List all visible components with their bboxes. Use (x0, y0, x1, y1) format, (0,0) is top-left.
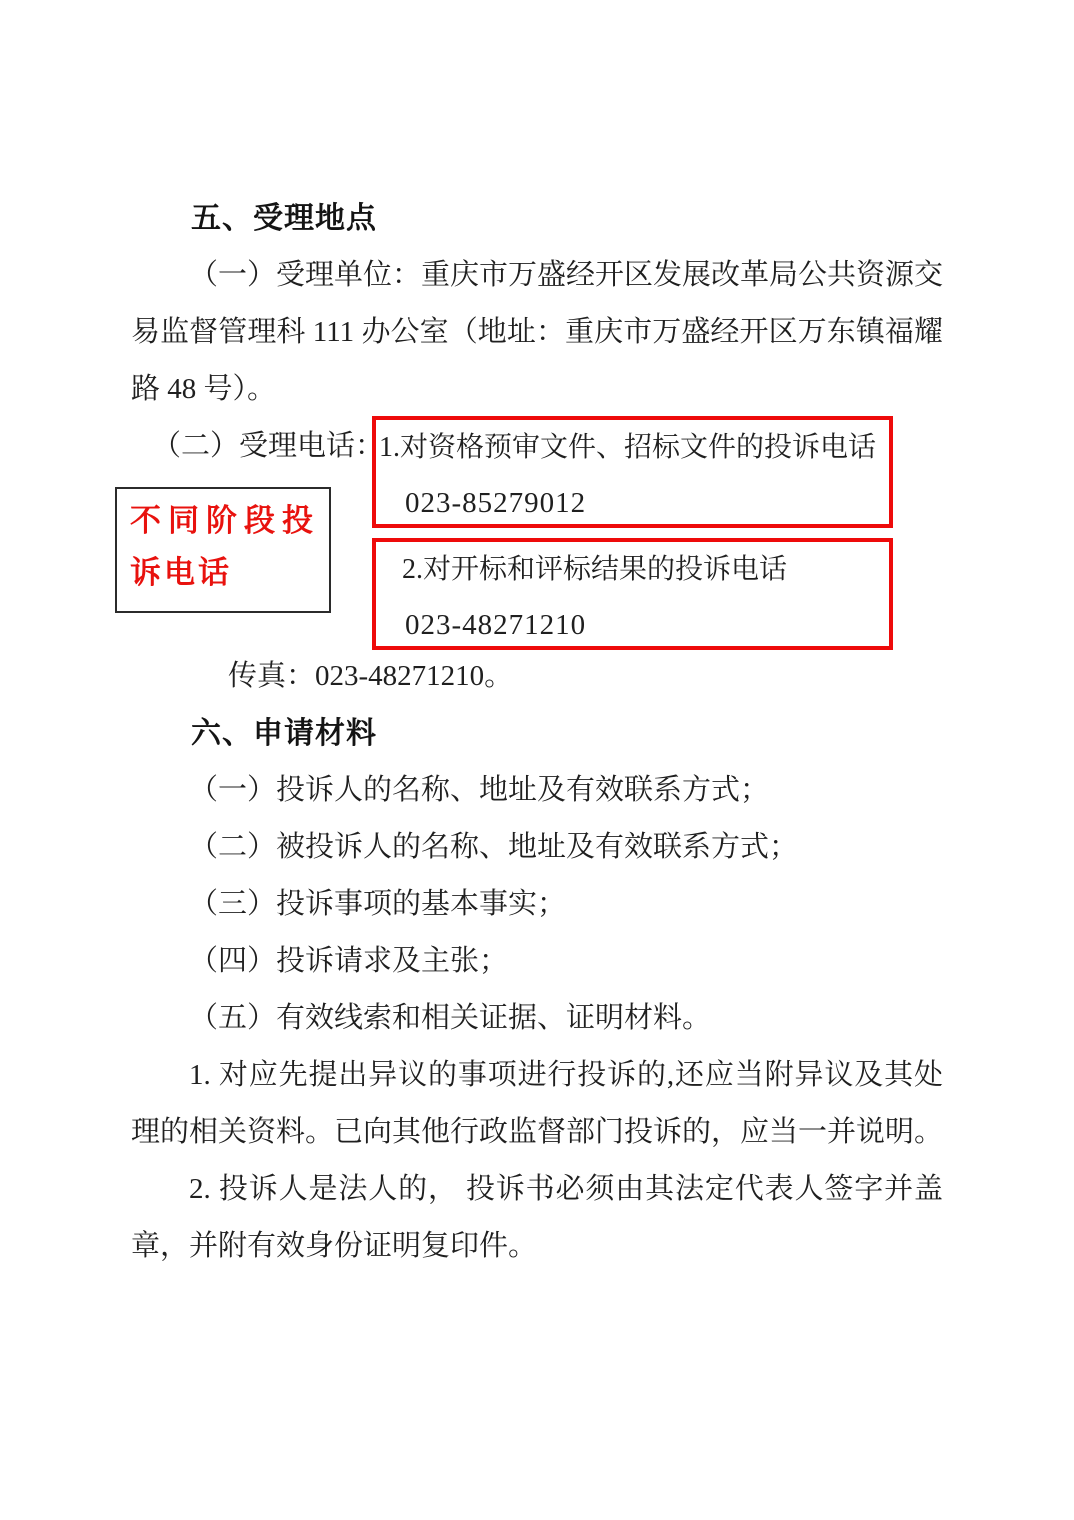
phone-box-1-number: 023-85279012 (376, 483, 889, 523)
document-page: 五、受理地点 （一）受理单位：重庆市万盛经开区发展改革局公共资源交 易监督管理科… (0, 0, 1074, 1520)
fax-line: 传真：023-48271210。 (131, 648, 943, 705)
phone-box-2-title: 2.对开标和评标结果的投诉电话 (376, 542, 889, 590)
callout-line-1: 不同阶段投 (130, 495, 316, 547)
unit-paragraph-line-3: 路 48 号）。 (131, 361, 943, 418)
note-1-line-1: 1. 对应先提出异议的事项进行投诉的,还应当附异议及其处 (131, 1047, 943, 1104)
unit-paragraph-line-2: 易监督管理科 111 办公室（地址：重庆市万盛经开区万东镇福耀 (131, 304, 943, 361)
material-item-2: （二）被投诉人的名称、地址及有效联系方式； (131, 819, 943, 876)
phone-box-1-title: 1.对资格预审文件、招标文件的投诉电话 (376, 420, 889, 468)
phone-box-2-number: 023-48271210 (376, 605, 889, 645)
section-6-heading: 六、申请材料 (131, 705, 943, 762)
phone-box-2: 2.对开标和评标结果的投诉电话 023-48271210 (372, 538, 893, 650)
phone-label: （二）受理电话： (152, 418, 384, 475)
phone-region: （二）受理电话： 1.对资格预审文件、招标文件的投诉电话 023-8527901… (131, 418, 943, 648)
material-item-1: （一）投诉人的名称、地址及有效联系方式； (131, 762, 943, 819)
callout-box: 不同阶段投 诉电话 (115, 487, 331, 613)
callout-line-2: 诉电话 (130, 547, 316, 599)
note-2-line-2: 章，并附有效身份证明复印件。 (131, 1218, 943, 1275)
material-item-3: （三）投诉事项的基本事实； (131, 876, 943, 933)
phone-box-1: 1.对资格预审文件、招标文件的投诉电话 023-85279012 (372, 416, 893, 528)
note-2-line-1: 2. 投诉人是法人的， 投诉书必须由其法定代表人签字并盖 (131, 1161, 943, 1218)
material-item-5: （五）有效线索和相关证据、证明材料。 (131, 990, 943, 1047)
note-1-line-2: 理的相关资料。已向其他行政监督部门投诉的，应当一并说明。 (131, 1104, 943, 1161)
material-item-4: （四）投诉请求及主张； (131, 933, 943, 990)
unit-paragraph-line-1: （一）受理单位：重庆市万盛经开区发展改革局公共资源交 (131, 247, 943, 304)
section-5-heading: 五、受理地点 (131, 190, 943, 247)
